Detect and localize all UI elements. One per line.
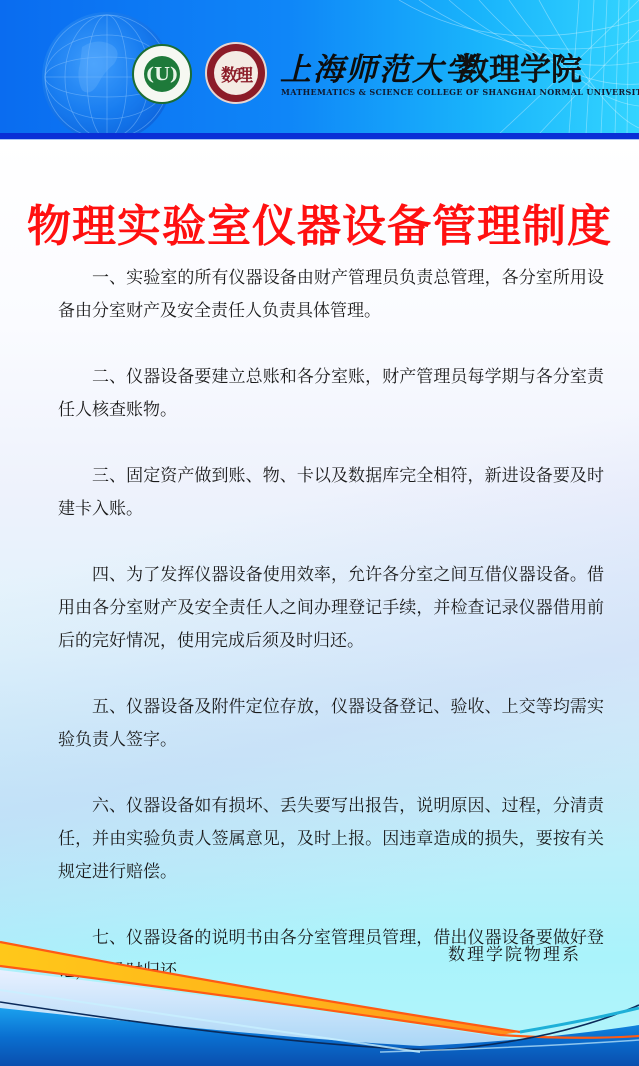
page-title: 物理实验室仪器设备管理制度 xyxy=(0,190,639,254)
regulation-item-4: 四、为了发挥仪器设备使用效率，允许各分室之间互借仪器设备。借用由各分室财产及安全… xyxy=(58,559,604,658)
math-science-college-seal-icon: 数理 xyxy=(205,42,267,104)
college-name: 数理学院 xyxy=(458,44,582,89)
regulation-item-1: 一、实验室的所有仪器设备由财产管理员负责总管理，各分室所用设备由分室财产及安全责… xyxy=(58,262,604,328)
regulation-item-2: 二、仪器设备要建立总账和各分室账，财产管理员每学期与各分室责任人核查账物。 xyxy=(58,361,604,427)
regulation-item-6: 六、仪器设备如有损坏、丢失要写出报告，说明原因、过程，分清责任，并由实验负责人签… xyxy=(58,790,604,889)
regulation-item-3: 三、固定资产做到账、物、卡以及数据库完全相符，新进设备要及时建卡入账。 xyxy=(58,460,604,526)
footer-wave-decor xyxy=(0,890,639,1066)
signature: 数理学院物理系 xyxy=(448,940,581,965)
regulation-item-5: 五、仪器设备及附件定位存放，仪器设备登记、验收、上交等均需实验负责人签字。 xyxy=(58,691,604,757)
header-banner: (U) 数理 上海师范大学 数理学院 MATHEMATICS & SCIENCE… xyxy=(0,0,639,134)
seal-glyph: (U) xyxy=(144,56,180,92)
seal-glyph: 数理 xyxy=(214,51,258,95)
university-name: 上海师范大学 xyxy=(280,44,478,89)
college-name-english: MATHEMATICS & SCIENCE COLLEGE OF SHANGHA… xyxy=(281,87,639,97)
shanghai-normal-university-seal-icon: (U) xyxy=(132,44,192,104)
